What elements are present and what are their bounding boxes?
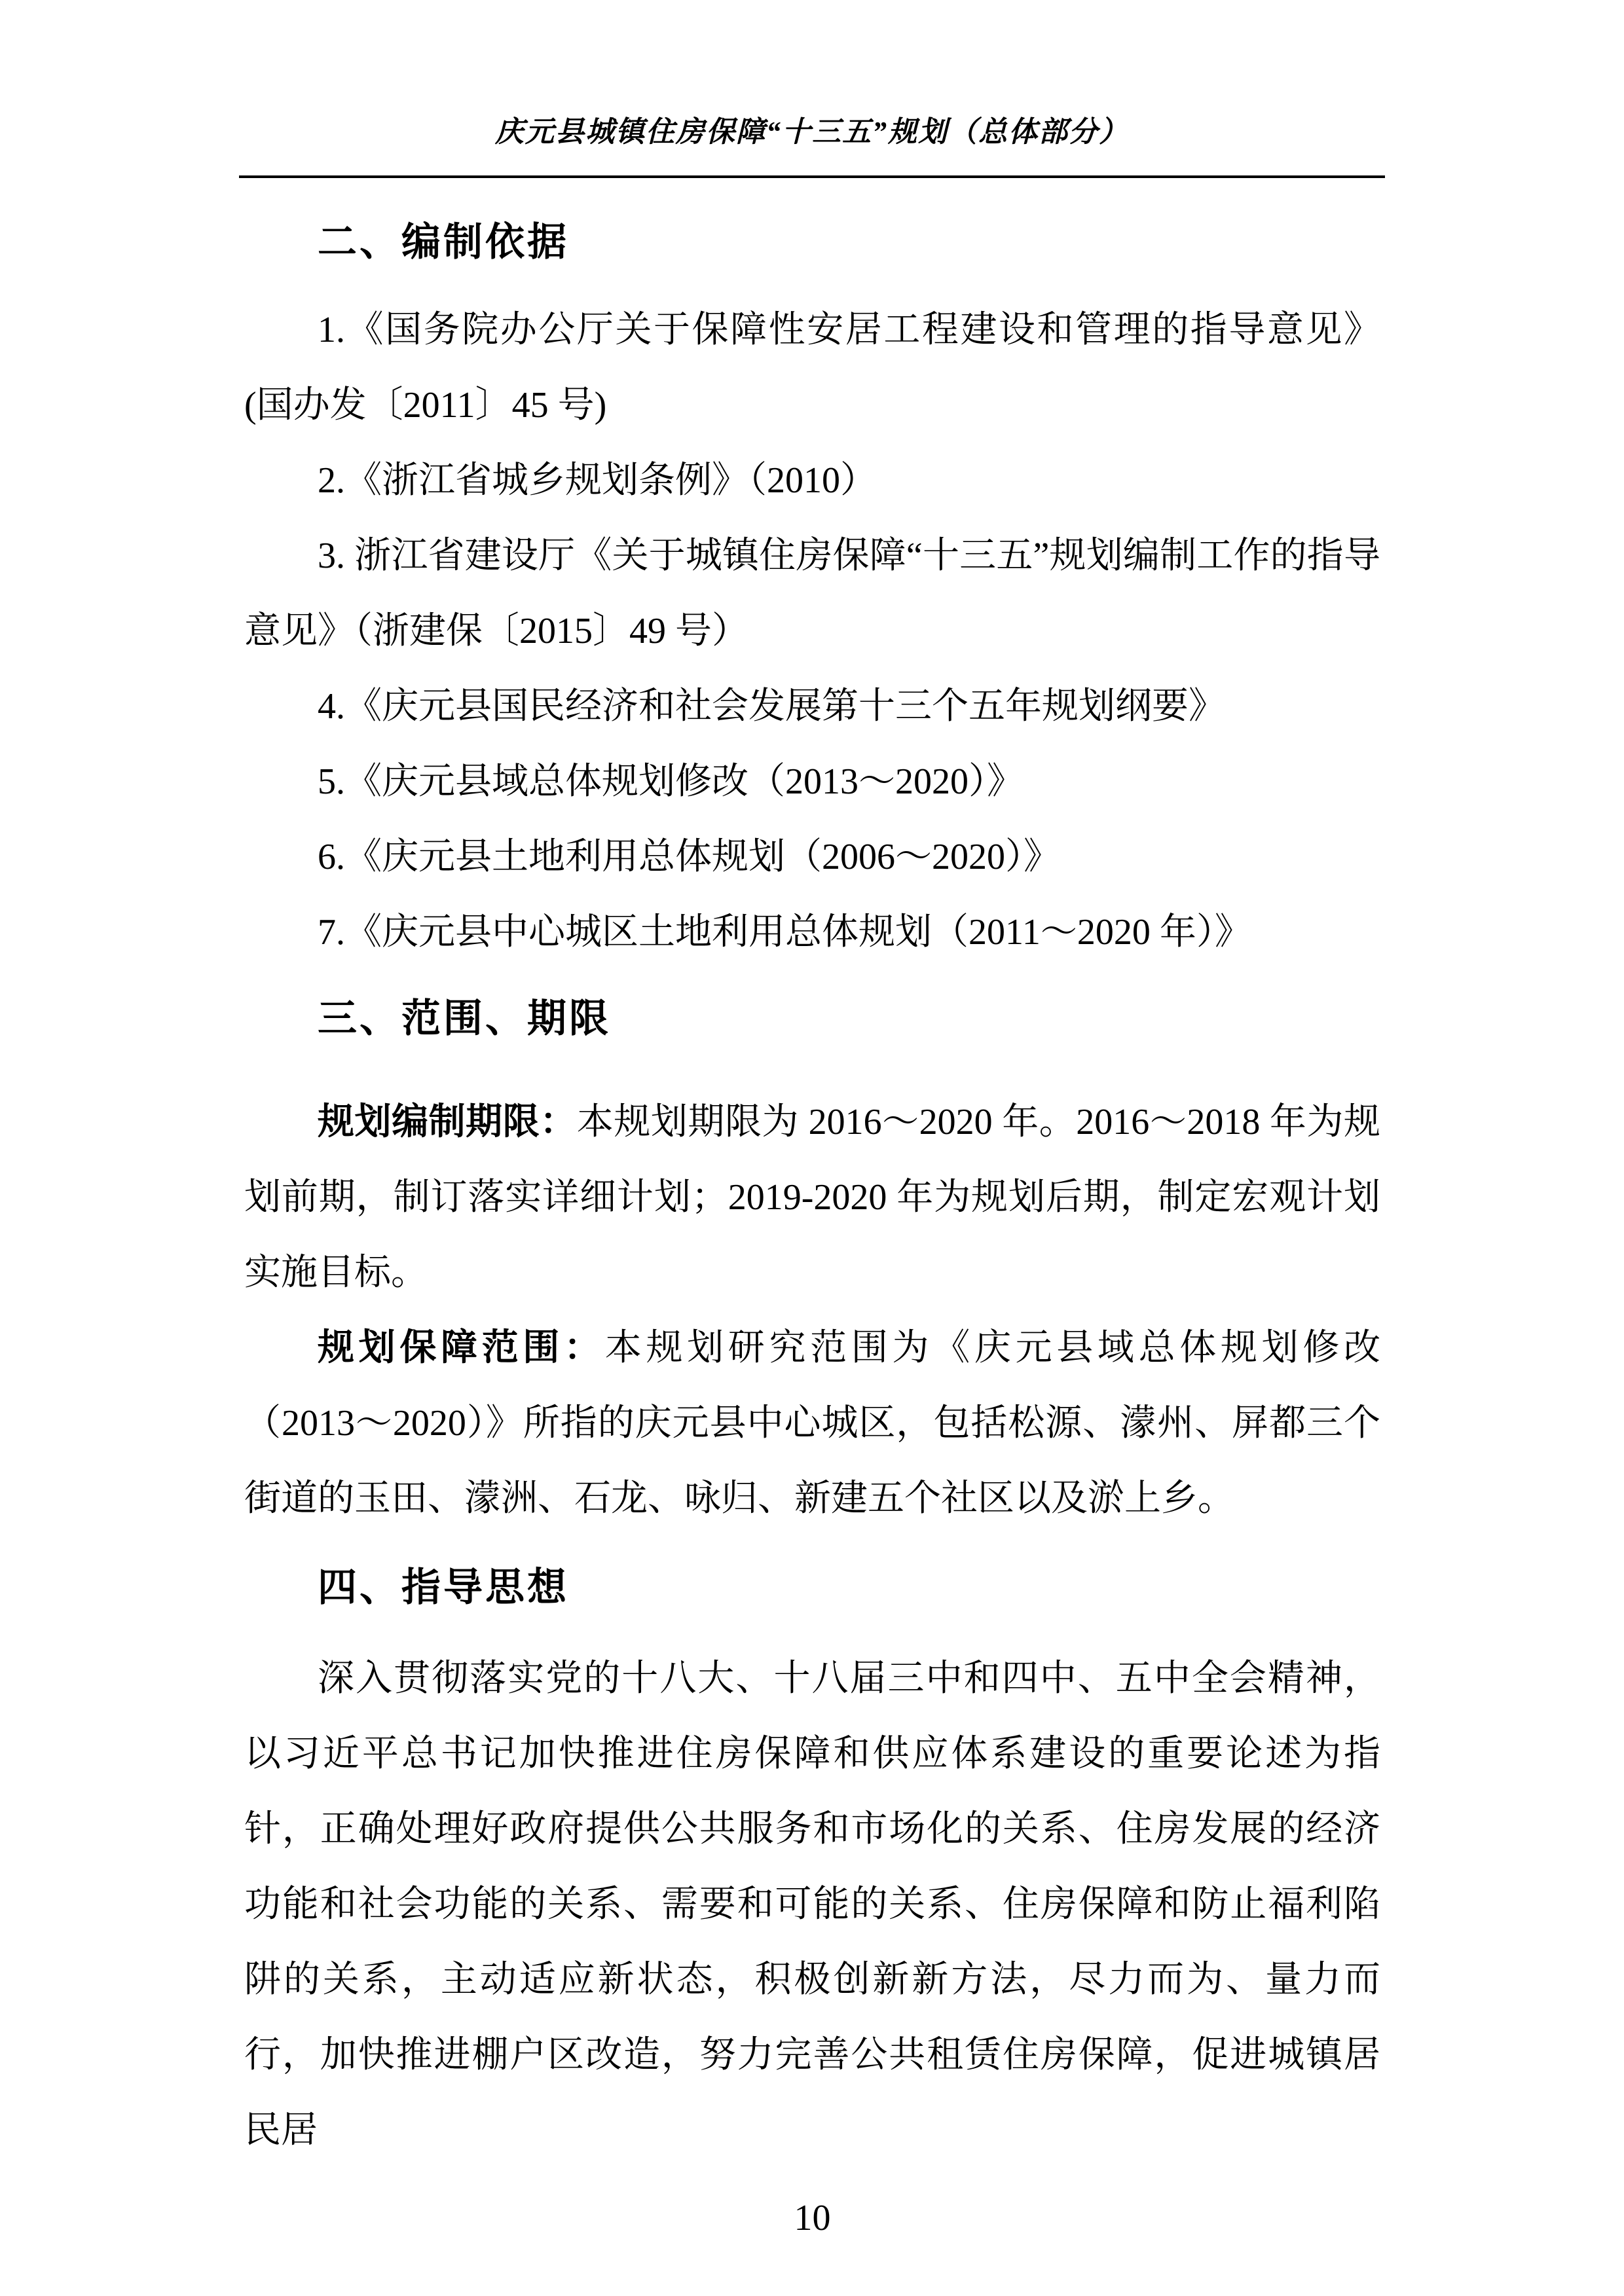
list-item: 2.《浙江省城乡规划条例》（2010） (244, 443, 1380, 519)
list-item: 3. 浙江省建设厅《关于城镇住房保障“十三五”规划编制工作的指导意见》（浙建保〔… (244, 519, 1380, 669)
page-number: 10 (244, 2198, 1380, 2238)
list-item: 4.《庆元县国民经济和社会发展第十三个五年规划纲要》 (244, 669, 1380, 744)
document-page: 庆元县城镇住房保障“十三五”规划（总体部分） 二、编制依据 1.《国务院办公厅关… (0, 0, 1624, 2296)
section-heading-scope-period: 三、范围、期限 (244, 990, 1380, 1048)
list-item: 6.《庆元县土地利用总体规划（2006～2020）》 (244, 820, 1380, 895)
list-item: 1.《国务院办公厅关于保障性安居工程建设和管理的指导意见》(国办发〔2011〕4… (244, 293, 1380, 443)
list-item: 7.《庆元县中心城区土地利用总体规划（2011～2020 年）》 (244, 895, 1380, 970)
reference-list: 1.《国务院办公厅关于保障性安居工程建设和管理的指导意见》(国办发〔2011〕4… (244, 293, 1380, 970)
paragraph-lead: 规划编制期限： (318, 1102, 577, 1142)
paragraph: 规划保障范围：本规划研究范围为《庆元县域总体规划修改（2013～2020）》所指… (244, 1311, 1380, 1537)
paragraph-lead: 规划保障范围： (318, 1328, 605, 1368)
document-body: 二、编制依据 1.《国务院办公厅关于保障性安居工程建设和管理的指导意见》(国办发… (244, 213, 1380, 2238)
section-heading-basis: 二、编制依据 (244, 213, 1380, 271)
scope-period-paragraphs: 规划编制期限：本规划期限为 2016～2020 年。2016～2018 年为规划… (244, 1085, 1380, 1537)
paragraph: 规划编制期限：本规划期限为 2016～2020 年。2016～2018 年为规划… (244, 1085, 1380, 1311)
guiding-ideology-paragraphs: 深入贯彻落实党的十八大、十八届三中和四中、五中全会精神，以习近平总书记加快推进住… (244, 1641, 1380, 2168)
paragraph-text: 深入贯彻落实党的十八大、十八届三中和四中、五中全会精神，以习近平总书记加快推进住… (244, 1658, 1380, 2151)
header-divider (239, 175, 1385, 178)
paragraph: 深入贯彻落实党的十八大、十八届三中和四中、五中全会精神，以习近平总书记加快推进住… (244, 1641, 1380, 2168)
list-item: 5.《庆元县域总体规划修改（2013～2020）》 (244, 744, 1380, 820)
section-heading-guiding-ideology: 四、指导思想 (244, 1559, 1380, 1616)
page-header-title: 庆元县城镇住房保障“十三五”规划（总体部分） (0, 113, 1624, 152)
